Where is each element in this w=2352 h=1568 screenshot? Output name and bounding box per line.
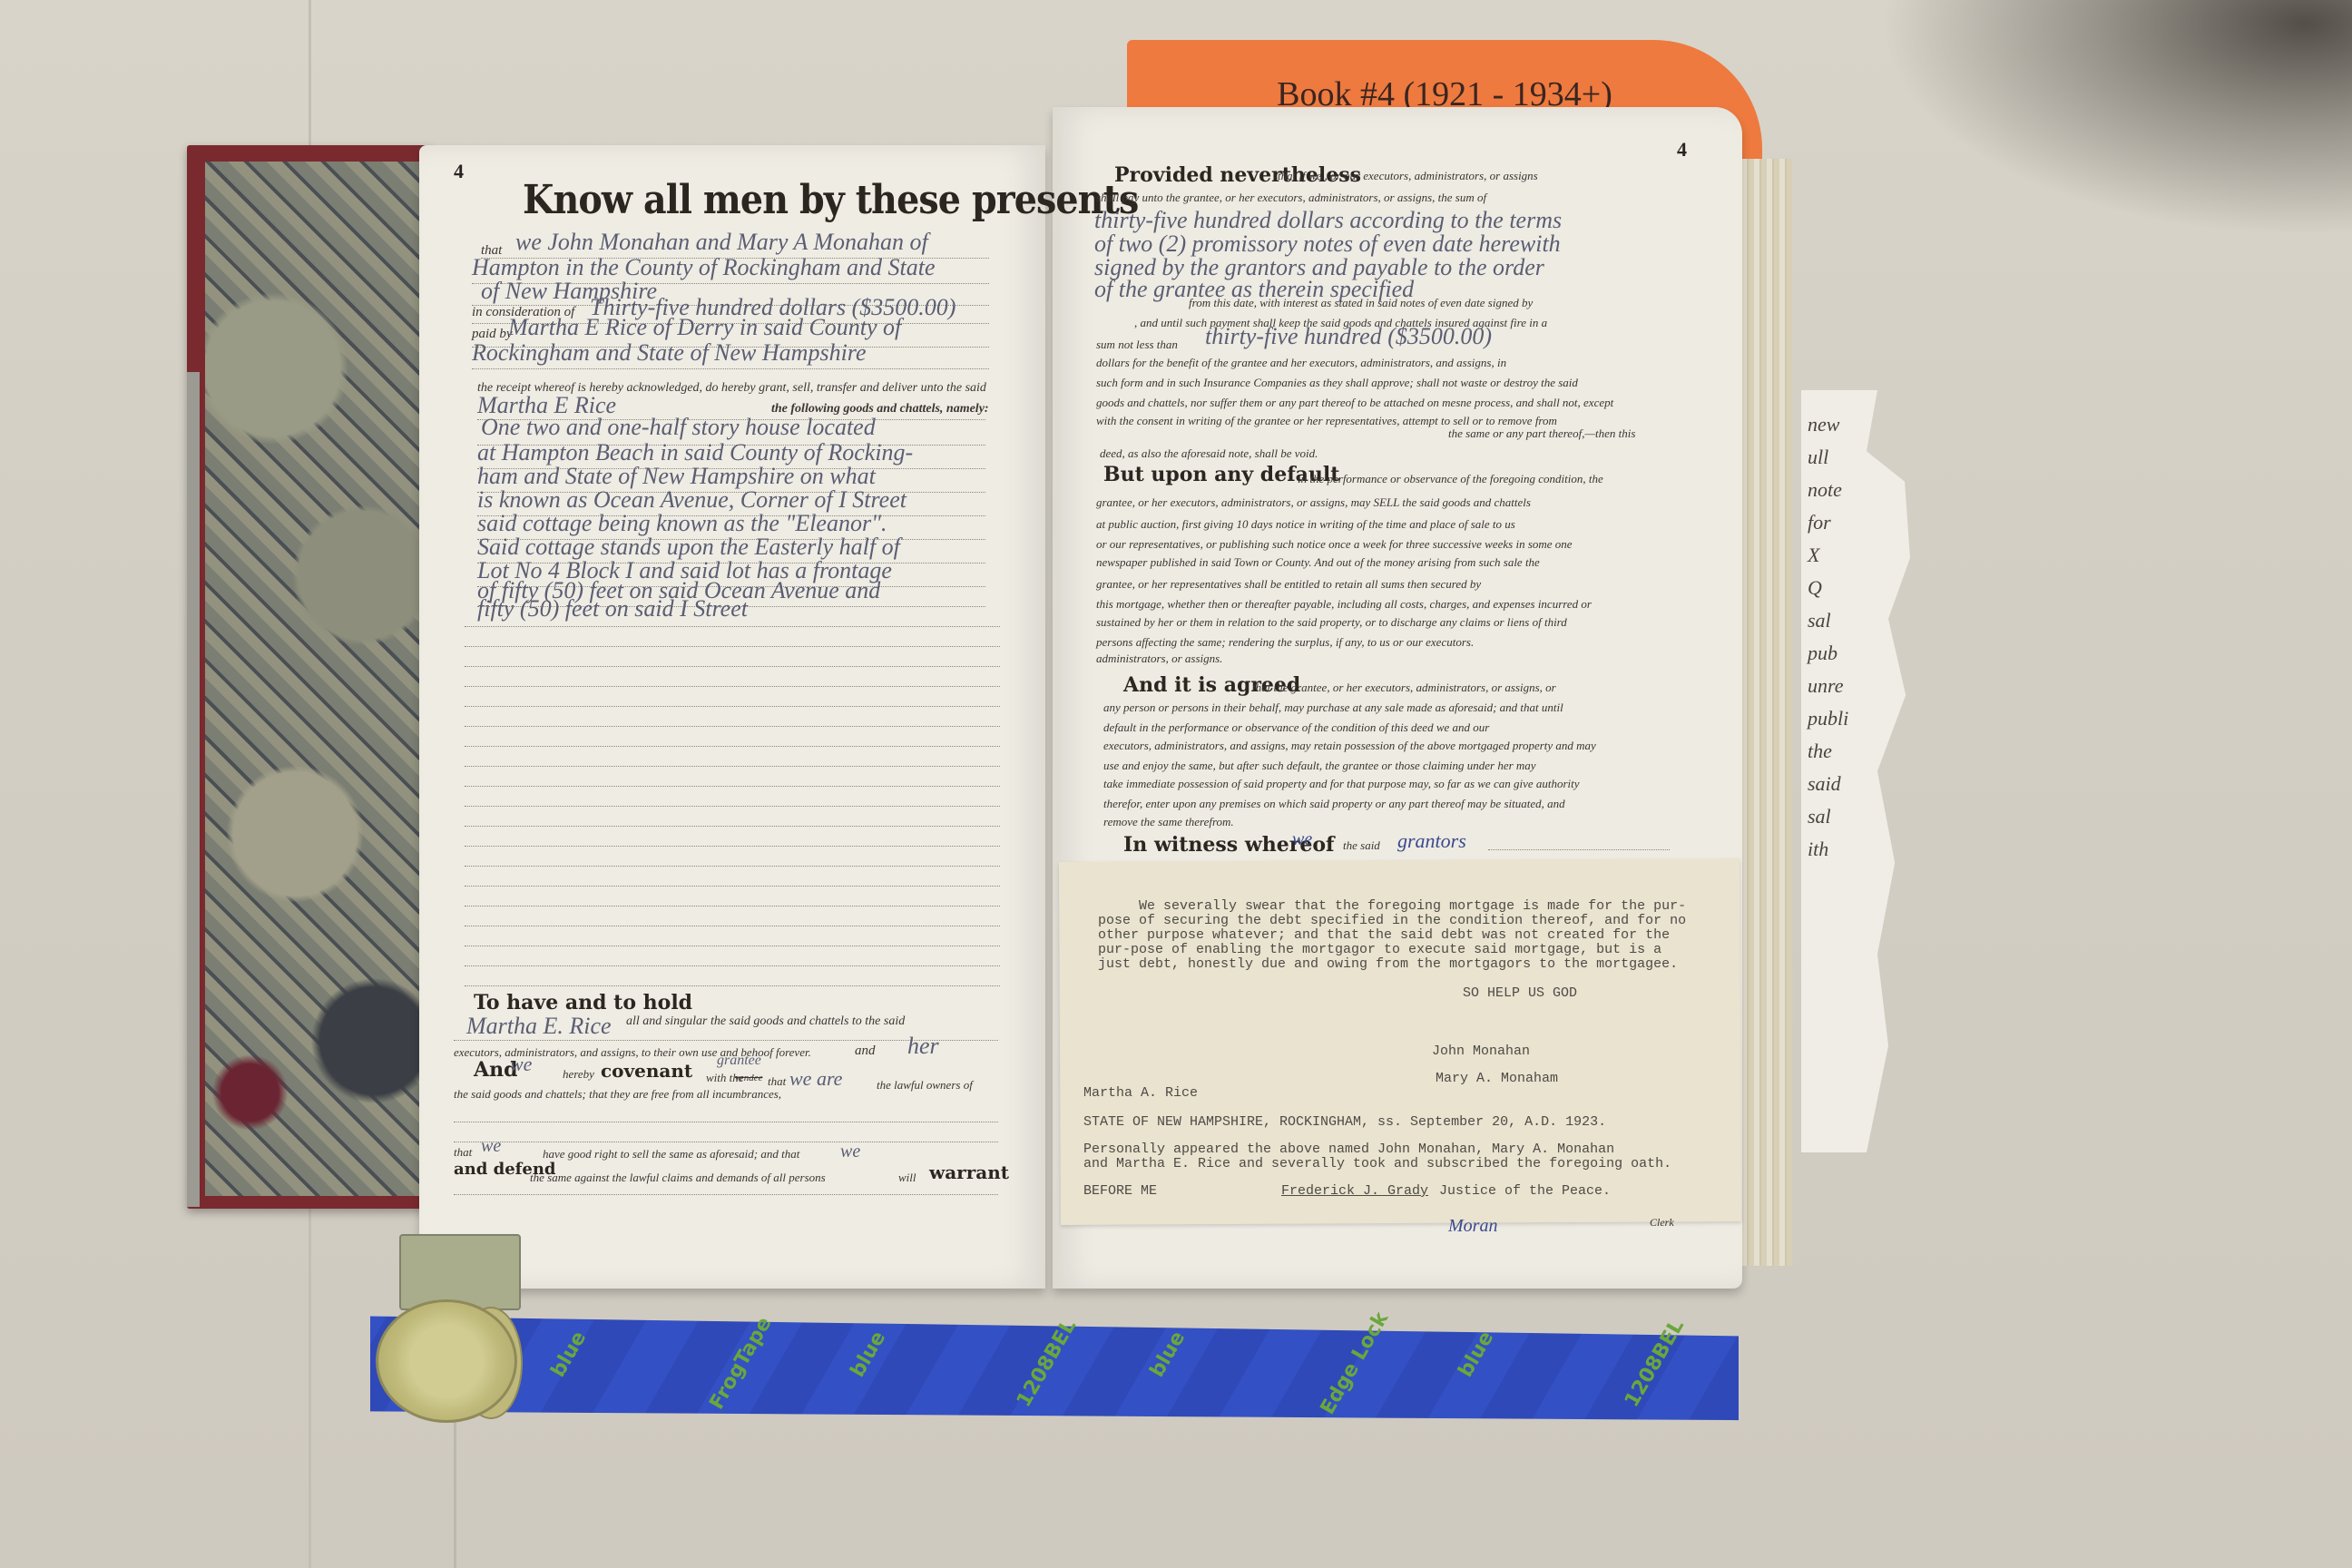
torn-fragment-text: newull notefor XQ salpub unrepubli thesa… xyxy=(1808,408,1907,866)
deed-title: Know all men by these presents xyxy=(523,177,1138,223)
oath-line: SO HELP US GOD xyxy=(1463,985,1577,1001)
paid-by-hand: Martha E Rice of Derry in said County of xyxy=(508,314,901,341)
binder-clip[interactable] xyxy=(399,1234,521,1310)
venue-line: STATE OF NEW HAMPSHIRE, ROCKINGHAM, ss. … xyxy=(1083,1114,1606,1130)
grantors-hand: we John Monahan and Mary A Monahan of xyxy=(515,229,928,256)
right-page-number: 4 xyxy=(1677,138,1687,162)
clip-weight-disc xyxy=(376,1299,517,1423)
marbled-endpaper xyxy=(205,162,430,1196)
habendum-heading: To have and to hold xyxy=(474,991,692,1014)
left-page-number: 4 xyxy=(454,160,464,183)
cover-spine-strip xyxy=(187,372,200,1207)
clerk-label: Clerk xyxy=(1650,1216,1674,1230)
habendum-grantee-hand: Martha E. Rice xyxy=(466,1013,612,1040)
signer-john: John Monahan xyxy=(1432,1044,1530,1059)
signer-mary: Mary A. Monaham xyxy=(1436,1071,1558,1086)
justice-name: Frederick J. Grady xyxy=(1281,1183,1428,1199)
rule-line xyxy=(472,368,989,369)
clerk-signature: Moran xyxy=(1448,1216,1497,1237)
witness-martha: Martha A. Rice xyxy=(1083,1085,1198,1101)
corner-shadow xyxy=(1880,0,2352,236)
